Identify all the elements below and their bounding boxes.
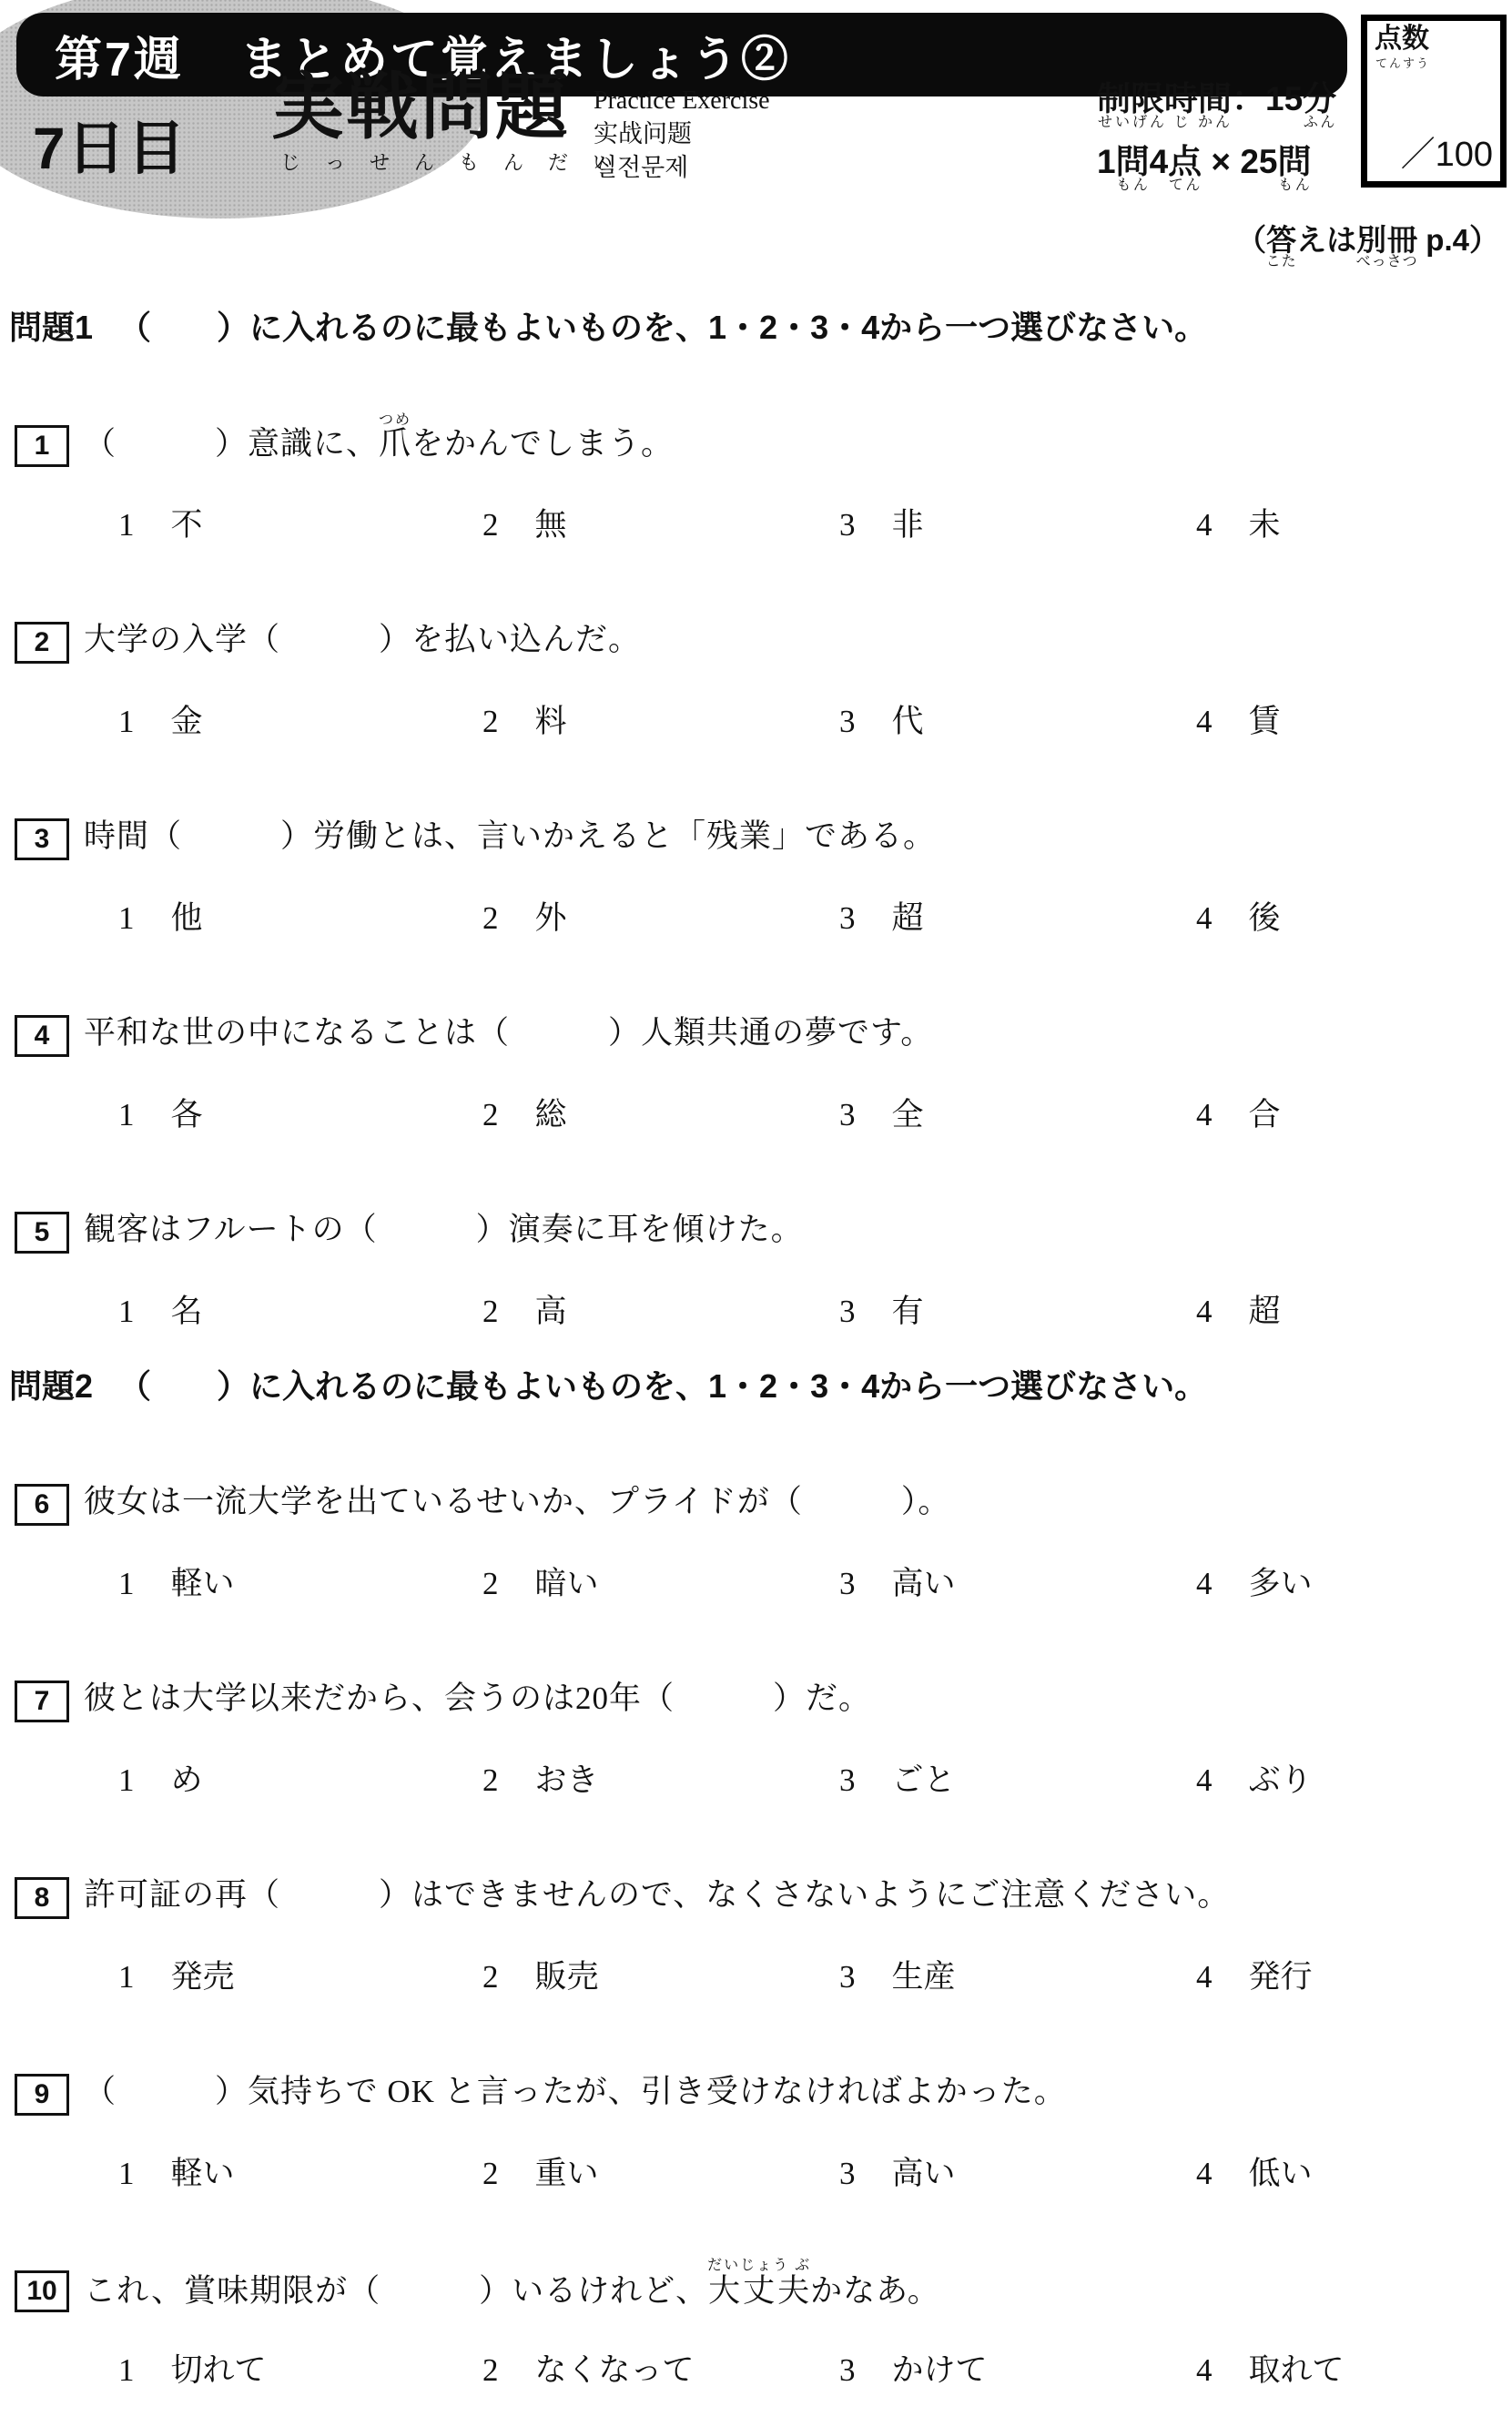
section-instruction: （ ）に入れるのに最もよいものを、1・2・3・4から一つ選びなさい。 xyxy=(118,309,1207,346)
option-text: 賃 xyxy=(1249,704,1281,739)
question-row: 6 彼女は一流大学を出ているせいか、プライドが（ ）。 xyxy=(9,1471,1503,1526)
title-translation-zh: 实战问题 xyxy=(594,117,770,151)
answer-option: 4ぶり xyxy=(1196,1755,1503,1801)
option-number: 3 xyxy=(839,1566,856,1602)
option-number: 3 xyxy=(839,2352,856,2389)
option-text: 軽い xyxy=(171,2156,235,2191)
question-sentence: 平和な世の中になることは（ ）人類共通の夢です。 xyxy=(84,1002,933,1054)
option-number: 3 xyxy=(839,507,856,543)
answer-option: 4取れて xyxy=(1196,2345,1503,2391)
option-text: 外 xyxy=(535,900,567,936)
answer-option: 1名 xyxy=(118,1286,482,1332)
option-text: め xyxy=(171,1762,203,1798)
option-number: 2 xyxy=(482,1294,499,1330)
option-number: 3 xyxy=(839,704,856,740)
option-number: 3 xyxy=(839,1959,856,1995)
score-box-label: 点数 xyxy=(1367,21,1500,54)
answer-option: 3かけて xyxy=(839,2345,1196,2391)
question-sentence: 許可証の再（ ）はできませんので、なくさないようにご注意ください。 xyxy=(84,1864,1230,1916)
option-number: 1 xyxy=(118,704,135,740)
answer-option: 4合 xyxy=(1196,1090,1503,1135)
section-questions: 1 （ ）意識に、爪つめをかんでしまう。 1不 2無 3非 4未 2 大学の入学… xyxy=(9,412,1503,1332)
option-text: 生産 xyxy=(892,1959,956,1995)
option-text: 暗い xyxy=(535,1566,599,1601)
question-row: 9 （ ）気持ちで OK と言ったが、引き受けなければよかった。 xyxy=(9,2061,1503,2116)
question-block: 1 （ ）意識に、爪つめをかんでしまう。 1不 2無 3非 4未 xyxy=(9,412,1503,545)
option-text: 高い xyxy=(892,1566,956,1601)
answer-option: 1軽い xyxy=(118,1559,482,1604)
option-text: 高 xyxy=(535,1294,567,1329)
answer-option: 2総 xyxy=(482,1090,839,1135)
question-number: 7 xyxy=(35,1686,50,1717)
question-sentence: （ ）気持ちで OK と言ったが、引き受けなければよかった。 xyxy=(84,2061,1067,2113)
exercise-title: 実戦問題 xyxy=(271,71,637,144)
option-number: 2 xyxy=(482,1566,499,1602)
sections: 問題1（ ）に入れるのに最もよいものを、1・2・3・4から一つ選びなさい。 1 … xyxy=(0,302,1512,2427)
question-number-box: 5 xyxy=(15,1212,69,1254)
answer-option: 2料 xyxy=(482,696,839,742)
answer-option: 1軽い xyxy=(118,2148,482,2194)
question-sentence: 大学の入学（ ）を払い込んだ。 xyxy=(84,609,641,661)
answer-option: 4後 xyxy=(1196,893,1503,939)
answer-option: 4多い xyxy=(1196,1559,1503,1604)
option-text: 高い xyxy=(892,2156,956,2191)
question-number-box: 8 xyxy=(15,1877,69,1919)
time-limit: 制限時間せいげん じ かん：15分ふん xyxy=(1097,80,1336,130)
option-text: 不 xyxy=(171,507,203,543)
question-block: 2 大学の入学（ ）を払い込んだ。 1金 2料 3代 4賃 xyxy=(9,609,1503,742)
option-number: 2 xyxy=(482,2156,499,2192)
score-box: 点数 てんすう ／100 xyxy=(1361,15,1507,188)
answer-option: 4発行 xyxy=(1196,1952,1503,1997)
question-block: 10 これ、賞味期限が（ ）いるけれど、大丈夫だいじょう ぶかなあ。 1切れて … xyxy=(9,2258,1503,2391)
answer-option: 3有 xyxy=(839,1286,1196,1332)
answer-option: 3非 xyxy=(839,500,1196,545)
question-number: 3 xyxy=(35,824,50,855)
option-text: 総 xyxy=(535,1097,567,1132)
answer-option: 2おき xyxy=(482,1755,839,1801)
option-number: 4 xyxy=(1196,1959,1213,1995)
answer-option: 3超 xyxy=(839,893,1196,939)
question-options: 1め 2おき 3ごと 4ぶり xyxy=(9,1755,1503,1801)
question-number-box: 6 xyxy=(15,1484,69,1526)
option-number: 3 xyxy=(839,1097,856,1133)
option-text: 発行 xyxy=(1249,1959,1313,1995)
answer-option: 1不 xyxy=(118,500,482,545)
answer-option: 2なくなって xyxy=(482,2345,839,2391)
page-header: 第7週 まとめて覚えましょう② 7日目 実戦問題 じっせんもんだい Practi… xyxy=(0,0,1512,273)
question-block: 6 彼女は一流大学を出ているせいか、プライドが（ ）。 1軽い 2暗い 3高い … xyxy=(9,1471,1503,1604)
option-text: なくなって xyxy=(535,2352,695,2388)
option-number: 1 xyxy=(118,1097,135,1133)
question-sentence: 彼とは大学以来だから、会うのは20年（ ）だ。 xyxy=(84,1668,871,1720)
answer-option: 2暗い xyxy=(482,1559,839,1604)
question-number: 5 xyxy=(35,1217,50,1248)
option-text: 合 xyxy=(1249,1097,1281,1132)
section-heading-label: 問題2 xyxy=(9,1367,93,1405)
question-options: 1各 2総 3全 4合 xyxy=(9,1090,1503,1135)
question-row: 7 彼とは大学以来だから、会うのは20年（ ）だ。 xyxy=(9,1668,1503,1722)
section-instruction: （ ）に入れるのに最もよいものを、1・2・3・4から一つ選びなさい。 xyxy=(118,1367,1207,1405)
question-sentence: （ ）意識に、爪つめをかんでしまう。 xyxy=(84,412,674,465)
option-text: 未 xyxy=(1249,507,1281,543)
question-number: 4 xyxy=(35,1021,50,1051)
option-text: 切れて xyxy=(171,2352,267,2388)
option-text: 重い xyxy=(535,2156,599,2191)
question-options: 1軽い 2重い 3高い 4低い xyxy=(9,2148,1503,2194)
option-number: 1 xyxy=(118,1762,135,1799)
option-text: 代 xyxy=(892,704,924,739)
option-number: 1 xyxy=(118,1959,135,1995)
question-number-box: 1 xyxy=(15,425,69,467)
option-number: 1 xyxy=(118,2156,135,2192)
answer-option: 2重い xyxy=(482,2148,839,2194)
option-text: 金 xyxy=(171,704,203,739)
option-text: 名 xyxy=(171,1294,203,1329)
score-box-label-furigana: てんすう xyxy=(1367,54,1500,71)
section-heading: 問題1（ ）に入れるのに最もよいものを、1・2・3・4から一つ選びなさい。 xyxy=(9,302,1503,349)
question-options: 1切れて 2なくなって 3かけて 4取れて xyxy=(9,2345,1503,2391)
question-row: 10 これ、賞味期限が（ ）いるけれど、大丈夫だいじょう ぶかなあ。 xyxy=(9,2258,1503,2312)
option-text: ぶり xyxy=(1249,1762,1313,1798)
answer-option: 3全 xyxy=(839,1090,1196,1135)
option-number: 4 xyxy=(1196,1294,1213,1330)
answer-option: 3生産 xyxy=(839,1952,1196,1997)
section-heading: 問題2（ ）に入れるのに最もよいものを、1・2・3・4から一つ選びなさい。 xyxy=(9,1361,1503,1407)
question-block: 9 （ ）気持ちで OK と言ったが、引き受けなければよかった。 1軽い 2重い… xyxy=(9,2061,1503,2194)
week-label: 第7週 xyxy=(55,21,184,89)
question-block: 8 許可証の再（ ）はできませんので、なくさないようにご注意ください。 1発売 … xyxy=(9,1864,1503,1997)
question-number: 1 xyxy=(35,431,50,462)
answer-option: 1切れて xyxy=(118,2345,482,2391)
problem-section: 問題2（ ）に入れるのに最もよいものを、1・2・3・4から一つ選びなさい。 6 … xyxy=(9,1361,1503,2391)
option-text: 料 xyxy=(535,704,567,739)
answer-option: 2高 xyxy=(482,1286,839,1332)
option-text: 低い xyxy=(1249,2156,1313,2191)
scoring-info: 1問もん4点てん × 25問もん xyxy=(1097,143,1336,191)
question-row: 4 平和な世の中になることは（ ）人類共通の夢です。 xyxy=(9,1002,1503,1057)
question-options: 1名 2高 3有 4超 xyxy=(9,1286,1503,1332)
answer-option: 1各 xyxy=(118,1090,482,1135)
question-number: 10 xyxy=(26,2276,56,2307)
question-options: 1金 2料 3代 4賃 xyxy=(9,696,1503,742)
option-number: 3 xyxy=(839,1294,856,1330)
page: { "header": { "week_label": "第7週", "bann… xyxy=(0,0,1512,2427)
option-number: 1 xyxy=(118,1294,135,1330)
answer-option: 4超 xyxy=(1196,1286,1503,1332)
answer-option: 2外 xyxy=(482,893,839,939)
question-block: 3 時間（ ）労働とは、言いかえると「残業」である。 1他 2外 3超 4後 xyxy=(9,806,1503,939)
option-number: 3 xyxy=(839,1762,856,1799)
option-number: 2 xyxy=(482,2352,499,2389)
answer-option: 3高い xyxy=(839,2148,1196,2194)
option-text: 軽い xyxy=(171,1566,235,1601)
option-text: 有 xyxy=(892,1294,924,1329)
option-number: 4 xyxy=(1196,1097,1213,1133)
option-text: おき xyxy=(535,1762,599,1798)
option-number: 4 xyxy=(1196,2352,1213,2389)
answer-option: 4賃 xyxy=(1196,696,1503,742)
question-sentence: 彼女は一流大学を出ているせいか、プライドが（ ）。 xyxy=(84,1471,950,1523)
question-number: 2 xyxy=(35,627,50,658)
question-sentence: 時間（ ）労働とは、言いかえると「残業」である。 xyxy=(84,806,936,858)
exercise-title-block: 実戦問題 じっせんもんだい xyxy=(271,71,637,176)
option-number: 1 xyxy=(118,1566,135,1602)
option-number: 4 xyxy=(1196,1762,1213,1799)
question-row: 3 時間（ ）労働とは、言いかえると「残業」である。 xyxy=(9,806,1503,860)
option-number: 4 xyxy=(1196,900,1213,937)
answer-option: 2販売 xyxy=(482,1952,839,1997)
option-number: 4 xyxy=(1196,2156,1213,2192)
option-number: 2 xyxy=(482,704,499,740)
section-heading-label: 問題1 xyxy=(9,309,93,346)
answer-option: 4低い xyxy=(1196,2148,1503,2194)
problem-section: 問題1（ ）に入れるのに最もよいものを、1・2・3・4から一つ選びなさい。 1 … xyxy=(9,302,1503,1332)
question-number-box: 9 xyxy=(15,2074,69,2116)
answer-note: （答こたえは別冊べっさつ p.4） xyxy=(1236,217,1499,268)
answer-option: 1金 xyxy=(118,696,482,742)
option-text: ごと xyxy=(892,1762,956,1798)
test-meta: 制限時間せいげん じ かん：15分ふん 1問もん4点てん × 25問もん xyxy=(1097,80,1336,204)
question-row: 8 許可証の再（ ）はできませんので、なくさないようにご注意ください。 xyxy=(9,1864,1503,1919)
option-text: 超 xyxy=(1249,1294,1281,1329)
question-sentence: これ、賞味期限が（ ）いるけれど、大丈夫だいじょう ぶかなあ。 xyxy=(84,2258,940,2312)
question-block: 5 観客はフルートの（ ）演奏に耳を傾けた。 1名 2高 3有 4超 xyxy=(9,1199,1503,1332)
option-number: 2 xyxy=(482,1762,499,1799)
option-number: 1 xyxy=(118,2352,135,2389)
answer-option: 2無 xyxy=(482,500,839,545)
option-number: 2 xyxy=(482,1097,499,1133)
option-number: 2 xyxy=(482,900,499,937)
option-text: 多い xyxy=(1249,1566,1313,1601)
answer-option: 3代 xyxy=(839,696,1196,742)
question-number-box: 4 xyxy=(15,1015,69,1057)
answer-option: 3ごと xyxy=(839,1755,1196,1801)
option-number: 1 xyxy=(118,900,135,937)
option-text: 後 xyxy=(1249,900,1281,936)
option-text: かけて xyxy=(892,2352,988,2388)
question-number: 9 xyxy=(35,2079,50,2110)
answer-option: 1め xyxy=(118,1755,482,1801)
option-text: 無 xyxy=(535,507,567,543)
option-text: 各 xyxy=(171,1097,203,1132)
question-options: 1不 2無 3非 4未 xyxy=(9,500,1503,545)
option-text: 全 xyxy=(892,1097,924,1132)
answer-option: 1他 xyxy=(118,893,482,939)
question-number-box: 10 xyxy=(15,2270,69,2312)
question-sentence: 観客はフルートの（ ）演奏に耳を傾けた。 xyxy=(84,1199,804,1251)
option-text: 販売 xyxy=(535,1959,599,1995)
section-questions: 6 彼女は一流大学を出ているせいか、プライドが（ ）。 1軽い 2暗い 3高い … xyxy=(9,1471,1503,2391)
answer-option: 1発売 xyxy=(118,1952,482,1997)
option-number: 1 xyxy=(118,507,135,543)
question-options: 1軽い 2暗い 3高い 4多い xyxy=(9,1559,1503,1604)
option-text: 発売 xyxy=(171,1959,235,1995)
option-text: 非 xyxy=(892,507,924,543)
option-text: 他 xyxy=(171,900,203,936)
question-number-box: 3 xyxy=(15,818,69,860)
option-number: 2 xyxy=(482,1959,499,1995)
question-options: 1他 2外 3超 4後 xyxy=(9,893,1503,939)
option-number: 4 xyxy=(1196,704,1213,740)
question-number: 8 xyxy=(35,1883,50,1914)
exercise-title-furigana: じっせんもんだい xyxy=(271,147,637,176)
answer-option: 3高い xyxy=(839,1559,1196,1604)
question-number-box: 7 xyxy=(15,1681,69,1722)
title-translation-en: Practice Exercise xyxy=(594,84,770,117)
answer-option: 4未 xyxy=(1196,500,1503,545)
question-row: 2 大学の入学（ ）を払い込んだ。 xyxy=(9,609,1503,664)
option-number: 4 xyxy=(1196,507,1213,543)
question-number: 6 xyxy=(35,1489,50,1520)
title-translation-ko: 실전문제 xyxy=(594,151,770,185)
question-row: 5 観客はフルートの（ ）演奏に耳を傾けた。 xyxy=(9,1199,1503,1254)
title-translations: Practice Exercise 实战问题 실전문제 xyxy=(594,84,770,185)
question-block: 7 彼とは大学以来だから、会うのは20年（ ）だ。 1め 2おき 3ごと 4ぶり xyxy=(9,1668,1503,1801)
option-number: 4 xyxy=(1196,1566,1213,1602)
question-number-box: 2 xyxy=(15,622,69,664)
option-number: 3 xyxy=(839,2156,856,2192)
option-text: 取れて xyxy=(1249,2352,1345,2388)
score-box-value: ／100 xyxy=(1401,126,1493,176)
option-number: 2 xyxy=(482,507,499,543)
day-label: 7日目 xyxy=(33,102,188,186)
question-row: 1 （ ）意識に、爪つめをかんでしまう。 xyxy=(9,412,1503,467)
question-options: 1発売 2販売 3生産 4発行 xyxy=(9,1952,1503,1997)
option-number: 3 xyxy=(839,900,856,937)
option-text: 超 xyxy=(892,900,924,936)
question-block: 4 平和な世の中になることは（ ）人類共通の夢です。 1各 2総 3全 4合 xyxy=(9,1002,1503,1135)
